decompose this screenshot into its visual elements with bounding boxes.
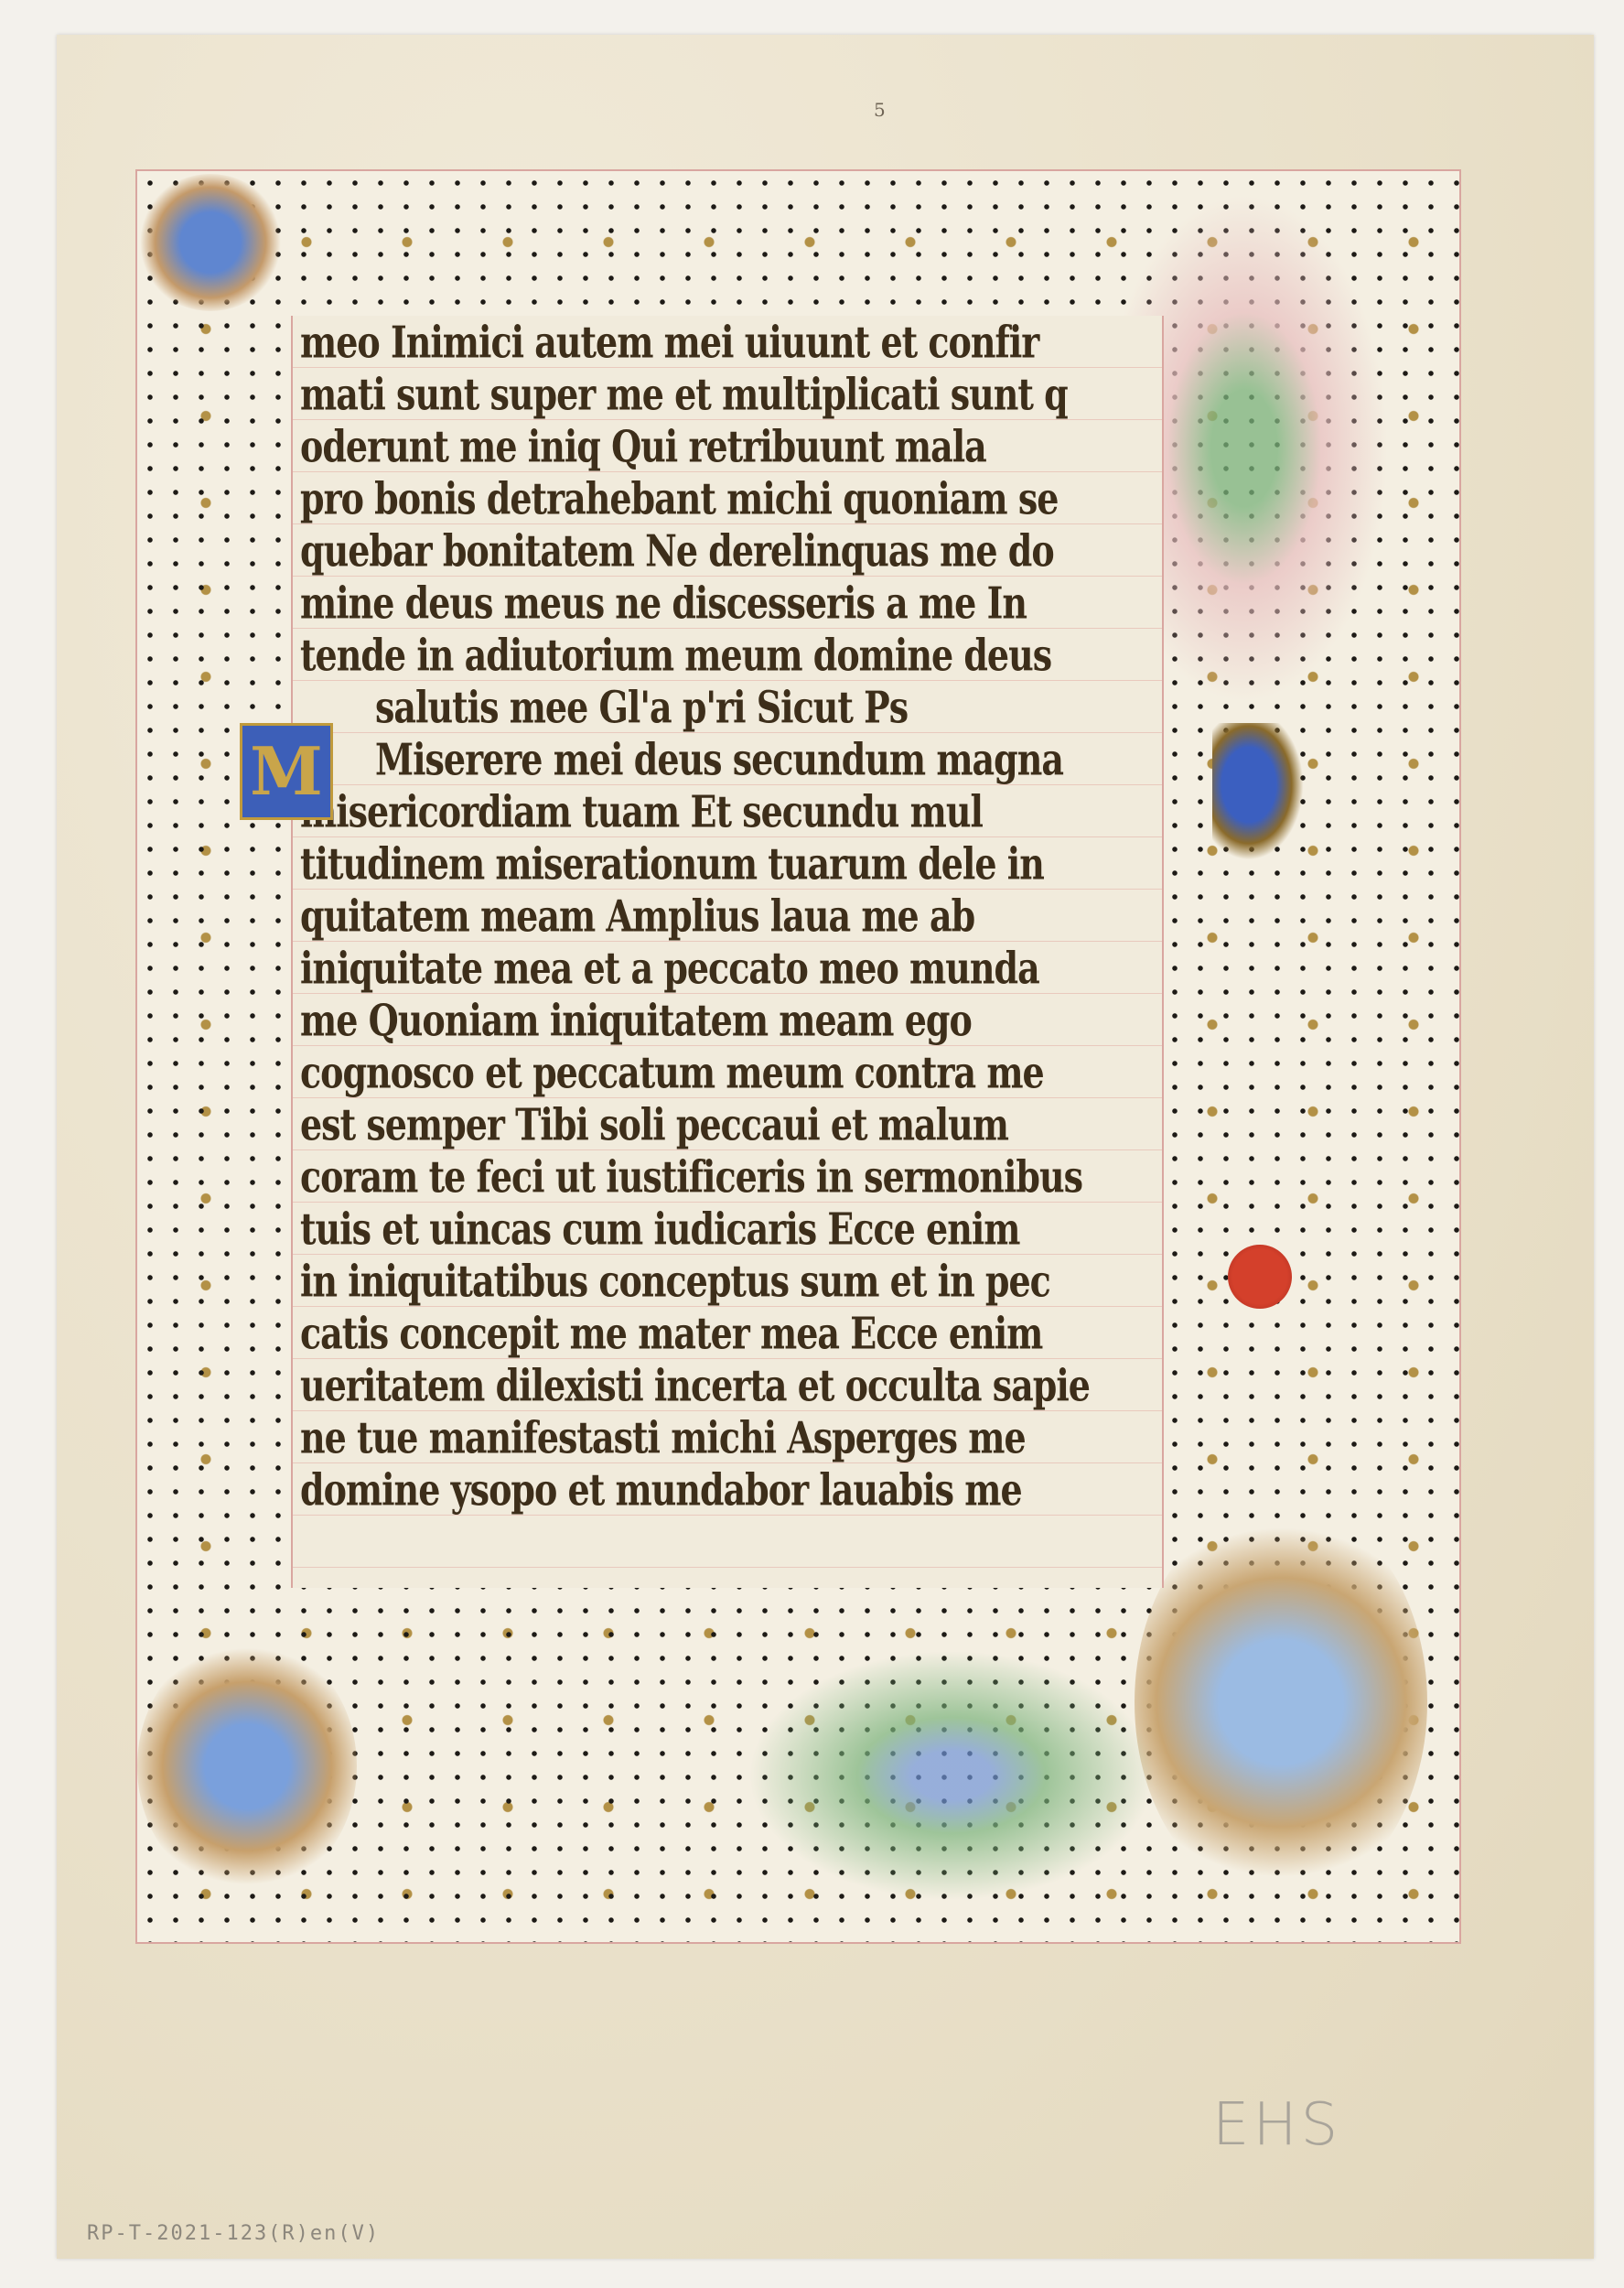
shelfmark: RP-T-2021-123(R)en(V) bbox=[87, 2222, 380, 2245]
pencil-initials: EHS bbox=[1212, 2091, 1341, 2159]
text-block: meo Inimici autem mei uiuunt et confir m… bbox=[291, 316, 1164, 1588]
acanthus-top-left-icon bbox=[137, 174, 284, 311]
acanthus-bottom-left-icon bbox=[137, 1638, 357, 1894]
peacock-icon bbox=[1212, 723, 1304, 860]
flowers-bottom-icon bbox=[714, 1629, 1189, 1922]
text-line: domine ysopo et mundabor lauabis me bbox=[293, 1457, 1162, 1522]
acanthus-bottom-right-icon bbox=[1135, 1501, 1427, 1904]
strawberry-icon bbox=[1228, 1245, 1292, 1309]
folio-number: 5 bbox=[874, 99, 886, 121]
historiated-initial-m: M bbox=[240, 723, 333, 820]
